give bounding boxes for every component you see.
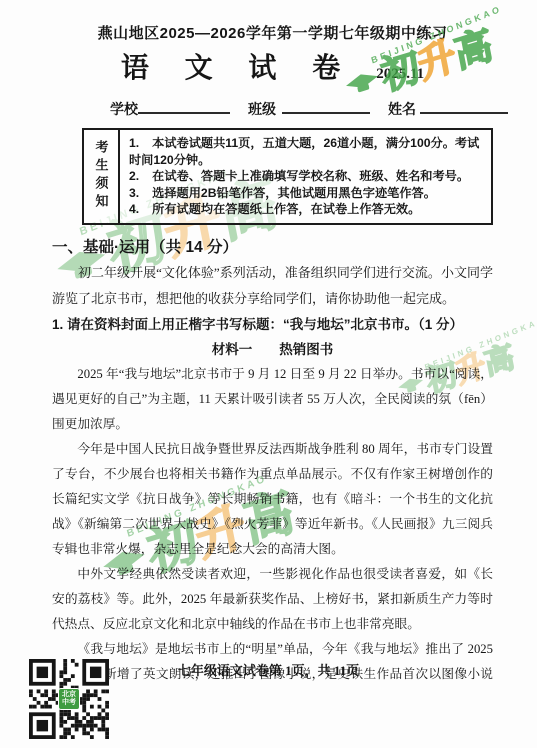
school-label: 学校 (110, 99, 138, 119)
notice-item: 2.在试卷、答题卡上准确填写学校名称、班级、姓名和考号。 (129, 168, 483, 185)
notice-item-text: 在试卷、答题卡上准确填写学校名称、班级、姓名和考号。 (152, 169, 469, 183)
notice-item: 1.本试卷试题共11页，五道大题，26道小题，满分100分。考试时间120分钟。 (129, 135, 483, 168)
exam-date: 2025.11 (376, 66, 424, 86)
notice-item-number: 1. (129, 136, 139, 150)
section-1-heading: 一、基础·运用（共 14 分） (52, 235, 493, 257)
notice-side-label: 考生须知 (95, 140, 108, 212)
notice-item-text: 所有试题均在答题纸上作答，在试卷上作答无效。 (152, 202, 420, 216)
material-1-label: 材料一 (212, 342, 253, 357)
section-intro-paragraph: 初二年级开展“文化体验”系列活动，准备组织同学们进行交流。小文同学游览了北京书市… (52, 260, 493, 312)
qr-code: 北京中考 (29, 659, 109, 739)
notice-item-number: 4. (129, 202, 139, 216)
notice-side-column: 考生须知 (84, 130, 120, 223)
class-label: 班级 (248, 99, 276, 119)
notice-item-text: 本试卷试题共11页，五道大题，26道小题，满分100分。考试时间120分钟。 (129, 136, 479, 167)
notice-item: 3.选择题用2B铅笔作答，其他试题用黑色字迹笔作答。 (129, 185, 483, 202)
question-1: 1. 请在资料封面上用正楷字书写标题：“我与地坛”北京书市。（1 分） (52, 312, 493, 338)
qr-center-badge: 北京中考 (58, 688, 80, 710)
candidate-notice-box: 考生须知 1.本试卷试题共11页，五道大题，26道小题，满分100分。考试时间1… (82, 128, 493, 225)
notice-item-text: 选择题用2B铅笔作答，其他试题用黑色字迹笔作答。 (152, 186, 436, 200)
material-paragraph: 今年是中国人民抗日战争暨世界反法西斯战争胜利 80 周年，书市专门设置了专台，不… (52, 437, 493, 562)
title-row: 语 文 试 卷 2025.11 (52, 52, 493, 86)
notice-item-number: 3. (129, 186, 139, 200)
qr-badge-label: 北京中考 (61, 691, 77, 707)
exam-session-title: 燕山地区2025—2026学年第一学期七年级期中练习 (52, 22, 493, 43)
school-blank-field[interactable] (138, 99, 230, 114)
name-blank-field[interactable] (420, 99, 508, 114)
notice-item: 4.所有试题均在答题纸上作答，在试卷上作答无效。 (129, 201, 483, 218)
exam-title: 语 文 试 卷 (121, 46, 354, 86)
material-paragraph: 中外文学经典依然受读者欢迎，一些影视化作品也很受读者喜爱，如《长安的荔枝》等。此… (52, 562, 493, 637)
student-info-row: 学校班级姓名 (52, 99, 493, 119)
exam-paper-page: BEIJING ZHONGKAO 初 升 高 BEIJING ZHONGKAO … (0, 0, 537, 748)
notice-items: 1.本试卷试题共11页，五道大题，26道小题，满分100分。考试时间120分钟。… (120, 130, 491, 223)
material-paragraph: 2025 年“我与地坛”北京书市于 9 月 12 日至 9 月 22 日举办。书… (52, 362, 493, 437)
material-1-name: 热销图书 (279, 342, 333, 357)
material-1-heading: 材料一热销图书 (52, 338, 493, 362)
name-label: 姓名 (388, 99, 416, 119)
notice-item-number: 2. (129, 169, 139, 183)
class-blank-field[interactable] (282, 99, 370, 114)
